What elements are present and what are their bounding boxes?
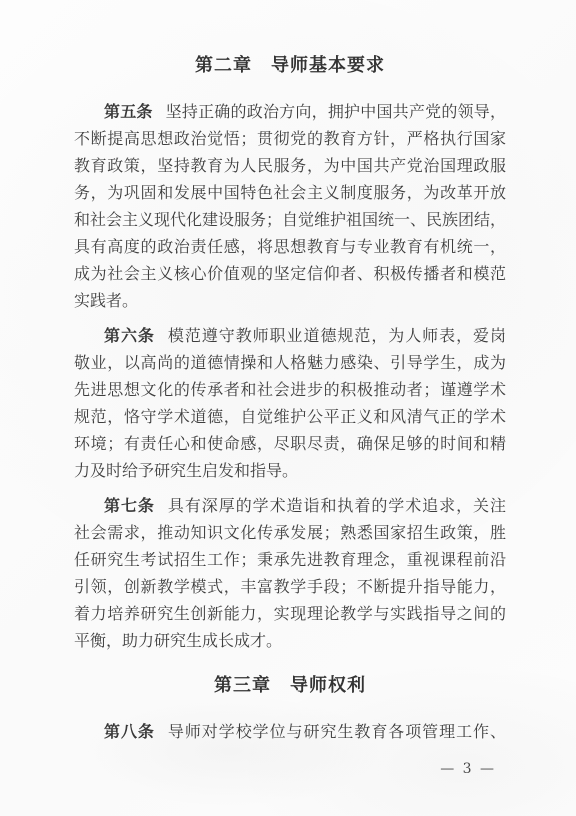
article-line-text: 实践者。 [74, 291, 138, 310]
article-line: 务，为巩固和发展中国特色社会主义制度服务，为改革开放 [74, 179, 506, 206]
article-line-text: 任研究生考试招生工作；秉承先进教育理念，重视课程前沿 [74, 550, 506, 569]
article-number-label: 第八条 [104, 722, 155, 741]
article-line-text: 坚持正确的政治方向，拥护中国共产党的领导， [166, 102, 506, 121]
article-line: 和社会主义现代化建设服务；自觉维护祖国统一、民族团结， [74, 206, 506, 233]
article-line: 实践者。 [74, 287, 506, 314]
article-line-text: 务，为巩固和发展中国特色社会主义制度服务，为改革开放 [74, 183, 506, 202]
article-line: 成为社会主义核心价值观的坚定信仰者、积极传播者和模范 [74, 260, 506, 287]
article-line-text: 具有高度的政治责任感，将思想教育与专业教育有机统一， [74, 237, 506, 256]
article-line: 力及时给予研究生启发和指导。 [74, 457, 506, 484]
article-line-text: 着力培养研究生创新能力，实现理论教学与实践指导之间的 [74, 604, 506, 623]
article-line: 不断提高思想政治觉悟；贯彻党的教育方针，严格执行国家 [74, 125, 506, 152]
article-number-label: 第五条 [104, 102, 153, 121]
article-line: 环境；有责任心和使命感，尽职尽责，确保足够的时间和精 [74, 430, 506, 457]
chapter-title: 第二章 导师基本要求 [74, 54, 506, 78]
article-line: 第六条模范遵守教师职业道德规范，为人师表，爱岗 [74, 322, 506, 349]
article-line: 第五条坚持正确的政治方向，拥护中国共产党的领导， [74, 98, 506, 125]
article-line-text: 社会需求，推动知识文化传承发展；熟悉国家招生政策，胜 [74, 523, 506, 542]
chapter-block: 第三章 导师权利第八条导师对学校学位与研究生教育各项管理工作、 [74, 674, 506, 745]
article-line-text: 具有深厚的学术造诣和执着的学术追求，关注 [168, 496, 506, 515]
article-line: 平衡，助力研究生成长成才。 [74, 627, 506, 654]
chapter-block: 第二章 导师基本要求第五条坚持正确的政治方向，拥护中国共产党的领导，不断提高思想… [74, 54, 506, 654]
article-line-text: 规范，恪守学术道德，自觉维护公平正义和风清气正的学术 [74, 407, 506, 426]
article-line-text: 成为社会主义核心价值观的坚定信仰者、积极传播者和模范 [74, 264, 506, 283]
article-line: 规范，恪守学术道德，自觉维护公平正义和风清气正的学术 [74, 403, 506, 430]
article-line: 第八条导师对学校学位与研究生教育各项管理工作、 [74, 718, 506, 745]
article-line-text: 环境；有责任心和使命感，尽职尽责，确保足够的时间和精 [74, 434, 506, 453]
article-line-text: 平衡，助力研究生成长成才。 [74, 631, 282, 650]
article-line: 任研究生考试招生工作；秉承先进教育理念，重视课程前沿 [74, 546, 506, 573]
article-line-text: 先进思想文化的传承者和社会进步的积极推动者；谨遵学术 [74, 380, 506, 399]
article-line: 教育政策，坚持教育为人民服务，为中国共产党治国理政服 [74, 152, 506, 179]
article-line: 着力培养研究生创新能力，实现理论教学与实践指导之间的 [74, 600, 506, 627]
document-content: 第二章 导师基本要求第五条坚持正确的政治方向，拥护中国共产党的领导，不断提高思想… [74, 54, 506, 745]
chapter-title: 第三章 导师权利 [74, 674, 506, 698]
article-line: 敬业，以高尚的道德情操和人格魅力感染、引导学生，成为 [74, 349, 506, 376]
page-number: — 3 — [440, 760, 496, 778]
article-line: 先进思想文化的传承者和社会进步的积极推动者；谨遵学术 [74, 376, 506, 403]
article-line: 第七条具有深厚的学术造诣和执着的学术追求，关注 [74, 492, 506, 519]
article-line-text: 导师对学校学位与研究生教育各项管理工作、 [168, 722, 506, 741]
article-line-text: 教育政策，坚持教育为人民服务，为中国共产党治国理政服 [74, 156, 506, 175]
article-line: 引领，创新教学模式，丰富教学手段；不断提升指导能力， [74, 573, 506, 600]
article-line-text: 敬业，以高尚的道德情操和人格魅力感染、引导学生，成为 [74, 353, 506, 372]
article: 第八条导师对学校学位与研究生教育各项管理工作、 [74, 718, 506, 745]
article-line: 社会需求，推动知识文化传承发展；熟悉国家招生政策，胜 [74, 519, 506, 546]
article-line-text: 力及时给予研究生启发和指导。 [74, 461, 298, 480]
article-line-text: 引领，创新教学模式，丰富教学手段；不断提升指导能力， [74, 577, 506, 596]
scanned-document-page: 第二章 导师基本要求第五条坚持正确的政治方向，拥护中国共产党的领导，不断提高思想… [0, 0, 576, 816]
article-line: 具有高度的政治责任感，将思想教育与专业教育有机统一， [74, 233, 506, 260]
article: 第七条具有深厚的学术造诣和执着的学术追求，关注社会需求，推动知识文化传承发展；熟… [74, 492, 506, 654]
article-line-text: 模范遵守教师职业道德规范，为人师表，爱岗 [168, 326, 506, 345]
article-line-text: 不断提高思想政治觉悟；贯彻党的教育方针，严格执行国家 [74, 129, 506, 148]
article: 第六条模范遵守教师职业道德规范，为人师表，爱岗敬业，以高尚的道德情操和人格魅力感… [74, 322, 506, 484]
article-number-label: 第六条 [104, 326, 155, 345]
article-number-label: 第七条 [104, 496, 155, 515]
article-line-text: 和社会主义现代化建设服务；自觉维护祖国统一、民族团结， [74, 210, 506, 229]
article: 第五条坚持正确的政治方向，拥护中国共产党的领导，不断提高思想政治觉悟；贯彻党的教… [74, 98, 506, 314]
